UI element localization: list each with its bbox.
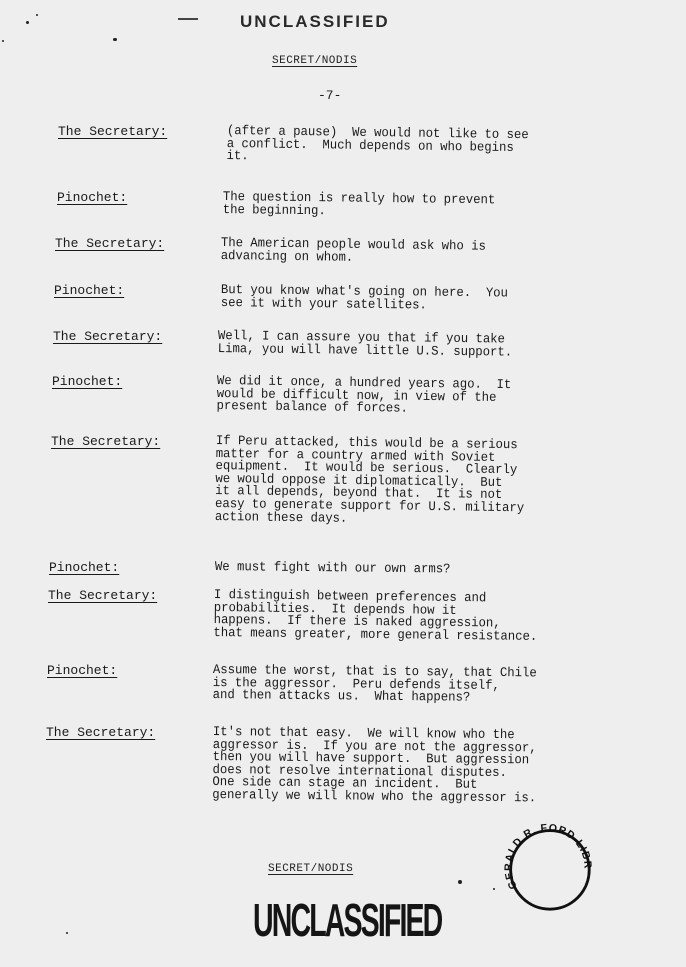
scan-speck: [26, 21, 29, 24]
speech-text: If Peru attacked, this would be a seriou…: [215, 435, 525, 527]
library-stamp-text: GERALD R. FORD LIBRARY: [500, 820, 594, 891]
speaker-label: Pinochet:: [47, 663, 117, 678]
speaker-label: Pinochet:: [52, 374, 122, 389]
document-page: UNCLASSIFIED SECRET/NODIS -7- The Secret…: [0, 0, 686, 967]
library-stamp-icon: GERALD R. FORD LIBRARY: [500, 820, 596, 912]
speaker-label: The Secretary:: [48, 588, 157, 603]
scan-speck: [66, 932, 68, 934]
speech-text: The American people would ask who is adv…: [221, 237, 486, 266]
speech-text: The question is really how to prevent th…: [223, 191, 496, 220]
classification-bottom: SECRET/NODIS: [268, 863, 353, 875]
speaker-label: The Secretary:: [58, 124, 167, 139]
speech-text: I distinguish between preferences and pr…: [213, 589, 537, 643]
speaker-label: The Secretary:: [46, 725, 155, 740]
speech-text: But you know what's going on here. You s…: [221, 284, 508, 313]
scan-speck: [493, 888, 495, 890]
speech-text: Assume the worst, that is to say, that C…: [213, 664, 537, 705]
speaker-label: The Secretary:: [51, 434, 160, 449]
scan-speck: [114, 38, 117, 41]
classification-top: SECRET/NODIS: [272, 55, 357, 67]
speaker-label: The Secretary:: [55, 236, 164, 251]
speech-text: (after a pause) We would not like to see…: [226, 125, 528, 167]
header-stamp: UNCLASSIFIED: [240, 15, 400, 29]
page-number: -7-: [318, 88, 341, 103]
speech-text: We must fight with our own arms?: [215, 561, 451, 576]
speaker-label: Pinochet:: [49, 560, 119, 575]
scan-speck: [458, 880, 462, 884]
speech-text: It's not that easy. We will know who the…: [212, 726, 537, 805]
footer-stamp: UNCLASSIFIED: [253, 897, 441, 943]
speech-text: We did it once, a hundred years ago. It …: [216, 375, 511, 417]
scan-artifact: [178, 18, 198, 20]
speaker-label: Pinochet:: [57, 190, 127, 205]
speaker-label: Pinochet:: [54, 283, 124, 298]
svg-text:GERALD R. FORD LIBRARY: GERALD R. FORD LIBRARY: [500, 820, 594, 891]
scan-speck: [36, 14, 38, 16]
scan-speck: [2, 40, 4, 42]
speech-text: Well, I can assure you that if you take …: [218, 330, 513, 359]
speaker-label: The Secretary:: [53, 329, 162, 344]
